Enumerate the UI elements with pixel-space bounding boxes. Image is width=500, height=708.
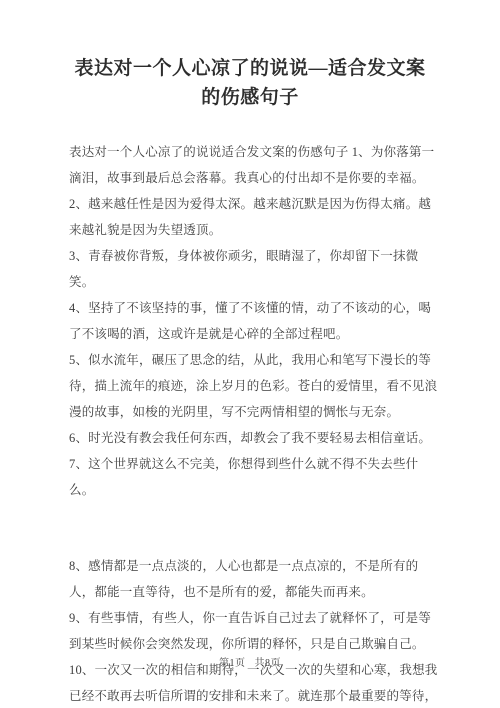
page-title-line-1: 表达对一个人心凉了的说说—适合发文案	[42, 54, 458, 83]
document-body: 表达对一个人心凉了的说说适合发文案的伤感句子 1、为你落第一滴泪，故事到最后总会…	[69, 139, 439, 708]
paragraph: 4、坚持了不该坚持的事，懂了不该懂的情，动了不该动的心，喝了不该喝的酒，这或许是…	[69, 295, 439, 347]
section-2: 8、感情都是一点点淡的，人心也都是一点点凉的，不是所有的人，都能一直等待，也不是…	[69, 553, 439, 708]
section-1: 表达对一个人心凉了的说说适合发文案的伤感句子 1、为你落第一滴泪，故事到最后总会…	[69, 139, 439, 503]
paragraph: 9、有些事情，有些人，你一直告诉自己过去了就释怀了，可是等到某些时候你会突然发现…	[69, 605, 439, 657]
paragraph: 表达对一个人心凉了的说说适合发文案的伤感句子 1、为你落第一滴泪，故事到最后总会…	[69, 139, 439, 191]
paragraph: 3、青春被你背叛，身体被你顽劣，眼睛湿了，你却留下一抹微笑。	[69, 243, 439, 295]
document-page: 表达对一个人心凉了的说说—适合发文案 的伤感句子 表达对一个人心凉了的说说适合发…	[0, 0, 500, 708]
page-title-line-2: 的伤感句子	[42, 83, 458, 112]
page-count: 共8页	[255, 658, 282, 669]
page-title: 表达对一个人心凉了的说说—适合发文案 的伤感句子	[42, 54, 458, 112]
page-footer: 第1页共8页	[0, 654, 500, 669]
paragraph: 7、这个世界就这么不完美，你想得到些什么就不得不失去些什么。	[69, 451, 439, 503]
paragraph: 5、似水流年，碾压了思念的结，从此，我用心和笔写下漫长的等待，描上流年的痕迹，涂…	[69, 347, 439, 425]
paragraph: 6、时光没有教会我任何东西，却教会了我不要轻易去相信童话。	[69, 425, 439, 451]
page-number: 第1页	[219, 658, 246, 669]
paragraph: 2、越来越任性是因为爱得太深。越来越沉默是因为伤得太痛。越来越礼貌是因为失望透顶…	[69, 191, 439, 243]
paragraph: 8、感情都是一点点淡的，人心也都是一点点凉的，不是所有的人，都能一直等待，也不是…	[69, 553, 439, 605]
